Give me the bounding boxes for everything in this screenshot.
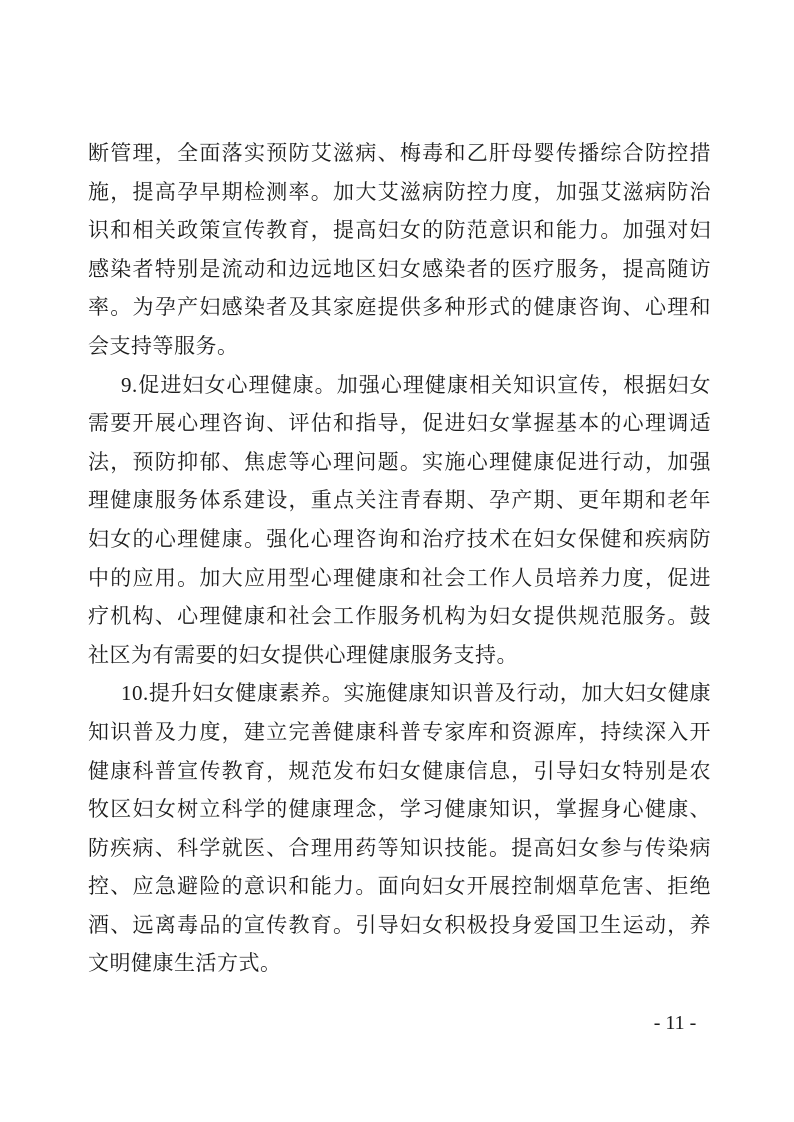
text-line: 感染者特别是流动和边远地区妇女感染者的医疗服务，提高随访 bbox=[88, 250, 711, 289]
document-page: 断管理，全面落实预防艾滋病、梅毒和乙肝母婴传播综合防控措施，提高孕早期检测率。加… bbox=[0, 0, 794, 1122]
text-line: 社区为有需要的妇女提供心理健康服务支持。 bbox=[88, 636, 711, 675]
text-line: 率。为孕产妇感染者及其家庭提供多种形式的健康咨询、心理和社 bbox=[88, 288, 711, 327]
text-line: 知识普及力度，建立完善健康科普专家库和资源库，持续深入开展 bbox=[88, 713, 711, 752]
document-body: 断管理，全面落实预防艾滋病、梅毒和乙肝母婴传播综合防控措施，提高孕早期检测率。加… bbox=[88, 134, 711, 983]
page-number: - 11 - bbox=[630, 1010, 720, 1036]
text-line: 法，预防抑郁、焦虑等心理问题。实施心理健康促进行动，加强心 bbox=[88, 443, 711, 482]
text-line: 断管理，全面落实预防艾滋病、梅毒和乙肝母婴传播综合防控措 bbox=[88, 134, 711, 173]
text-line: 施，提高孕早期检测率。加大艾滋病防控力度，加强艾滋病防治知 bbox=[88, 173, 711, 212]
text-line: 牧区妇女树立科学的健康理念，学习健康知识，掌握身心健康、预 bbox=[88, 790, 711, 829]
text-line: 酒、远离毒品的宣传教育。引导妇女积极投身爱国卫生运动，养成 bbox=[88, 906, 711, 945]
text-line: 健康科普宣传教育，规范发布妇女健康信息，引导妇女特别是农村 bbox=[88, 752, 711, 791]
text-line: 10.提升妇女健康素养。实施健康知识普及行动，加大妇女健康 bbox=[88, 674, 711, 713]
text-line: 疗机构、心理健康和社会工作服务机构为妇女提供规范服务。鼓励 bbox=[88, 597, 711, 636]
text-line: 控、应急避险的意识和能力。面向妇女开展控制烟草危害、拒绝酗 bbox=[88, 867, 711, 906]
text-line: 9.促进妇女心理健康。加强心理健康相关知识宣传，根据妇女 bbox=[88, 366, 711, 405]
text-line: 妇女的心理健康。强化心理咨询和治疗技术在妇女保健和疾病防治 bbox=[88, 520, 711, 559]
text-line: 中的应用。加大应用型心理健康和社会工作人员培养力度，促进医 bbox=[88, 559, 711, 598]
text-line: 需要开展心理咨询、评估和指导，促进妇女掌握基本的心理调适方 bbox=[88, 404, 711, 443]
text-line: 文明健康生活方式。 bbox=[88, 944, 711, 983]
text-line: 理健康服务体系建设，重点关注青春期、孕产期、更年期和老年期 bbox=[88, 481, 711, 520]
text-line: 识和相关政策宣传教育，提高妇女的防范意识和能力。加强对妇女 bbox=[88, 211, 711, 250]
text-line: 会支持等服务。 bbox=[88, 327, 711, 366]
text-line: 防疾病、科学就医、合理用药等知识技能。提高妇女参与传染病防 bbox=[88, 829, 711, 868]
